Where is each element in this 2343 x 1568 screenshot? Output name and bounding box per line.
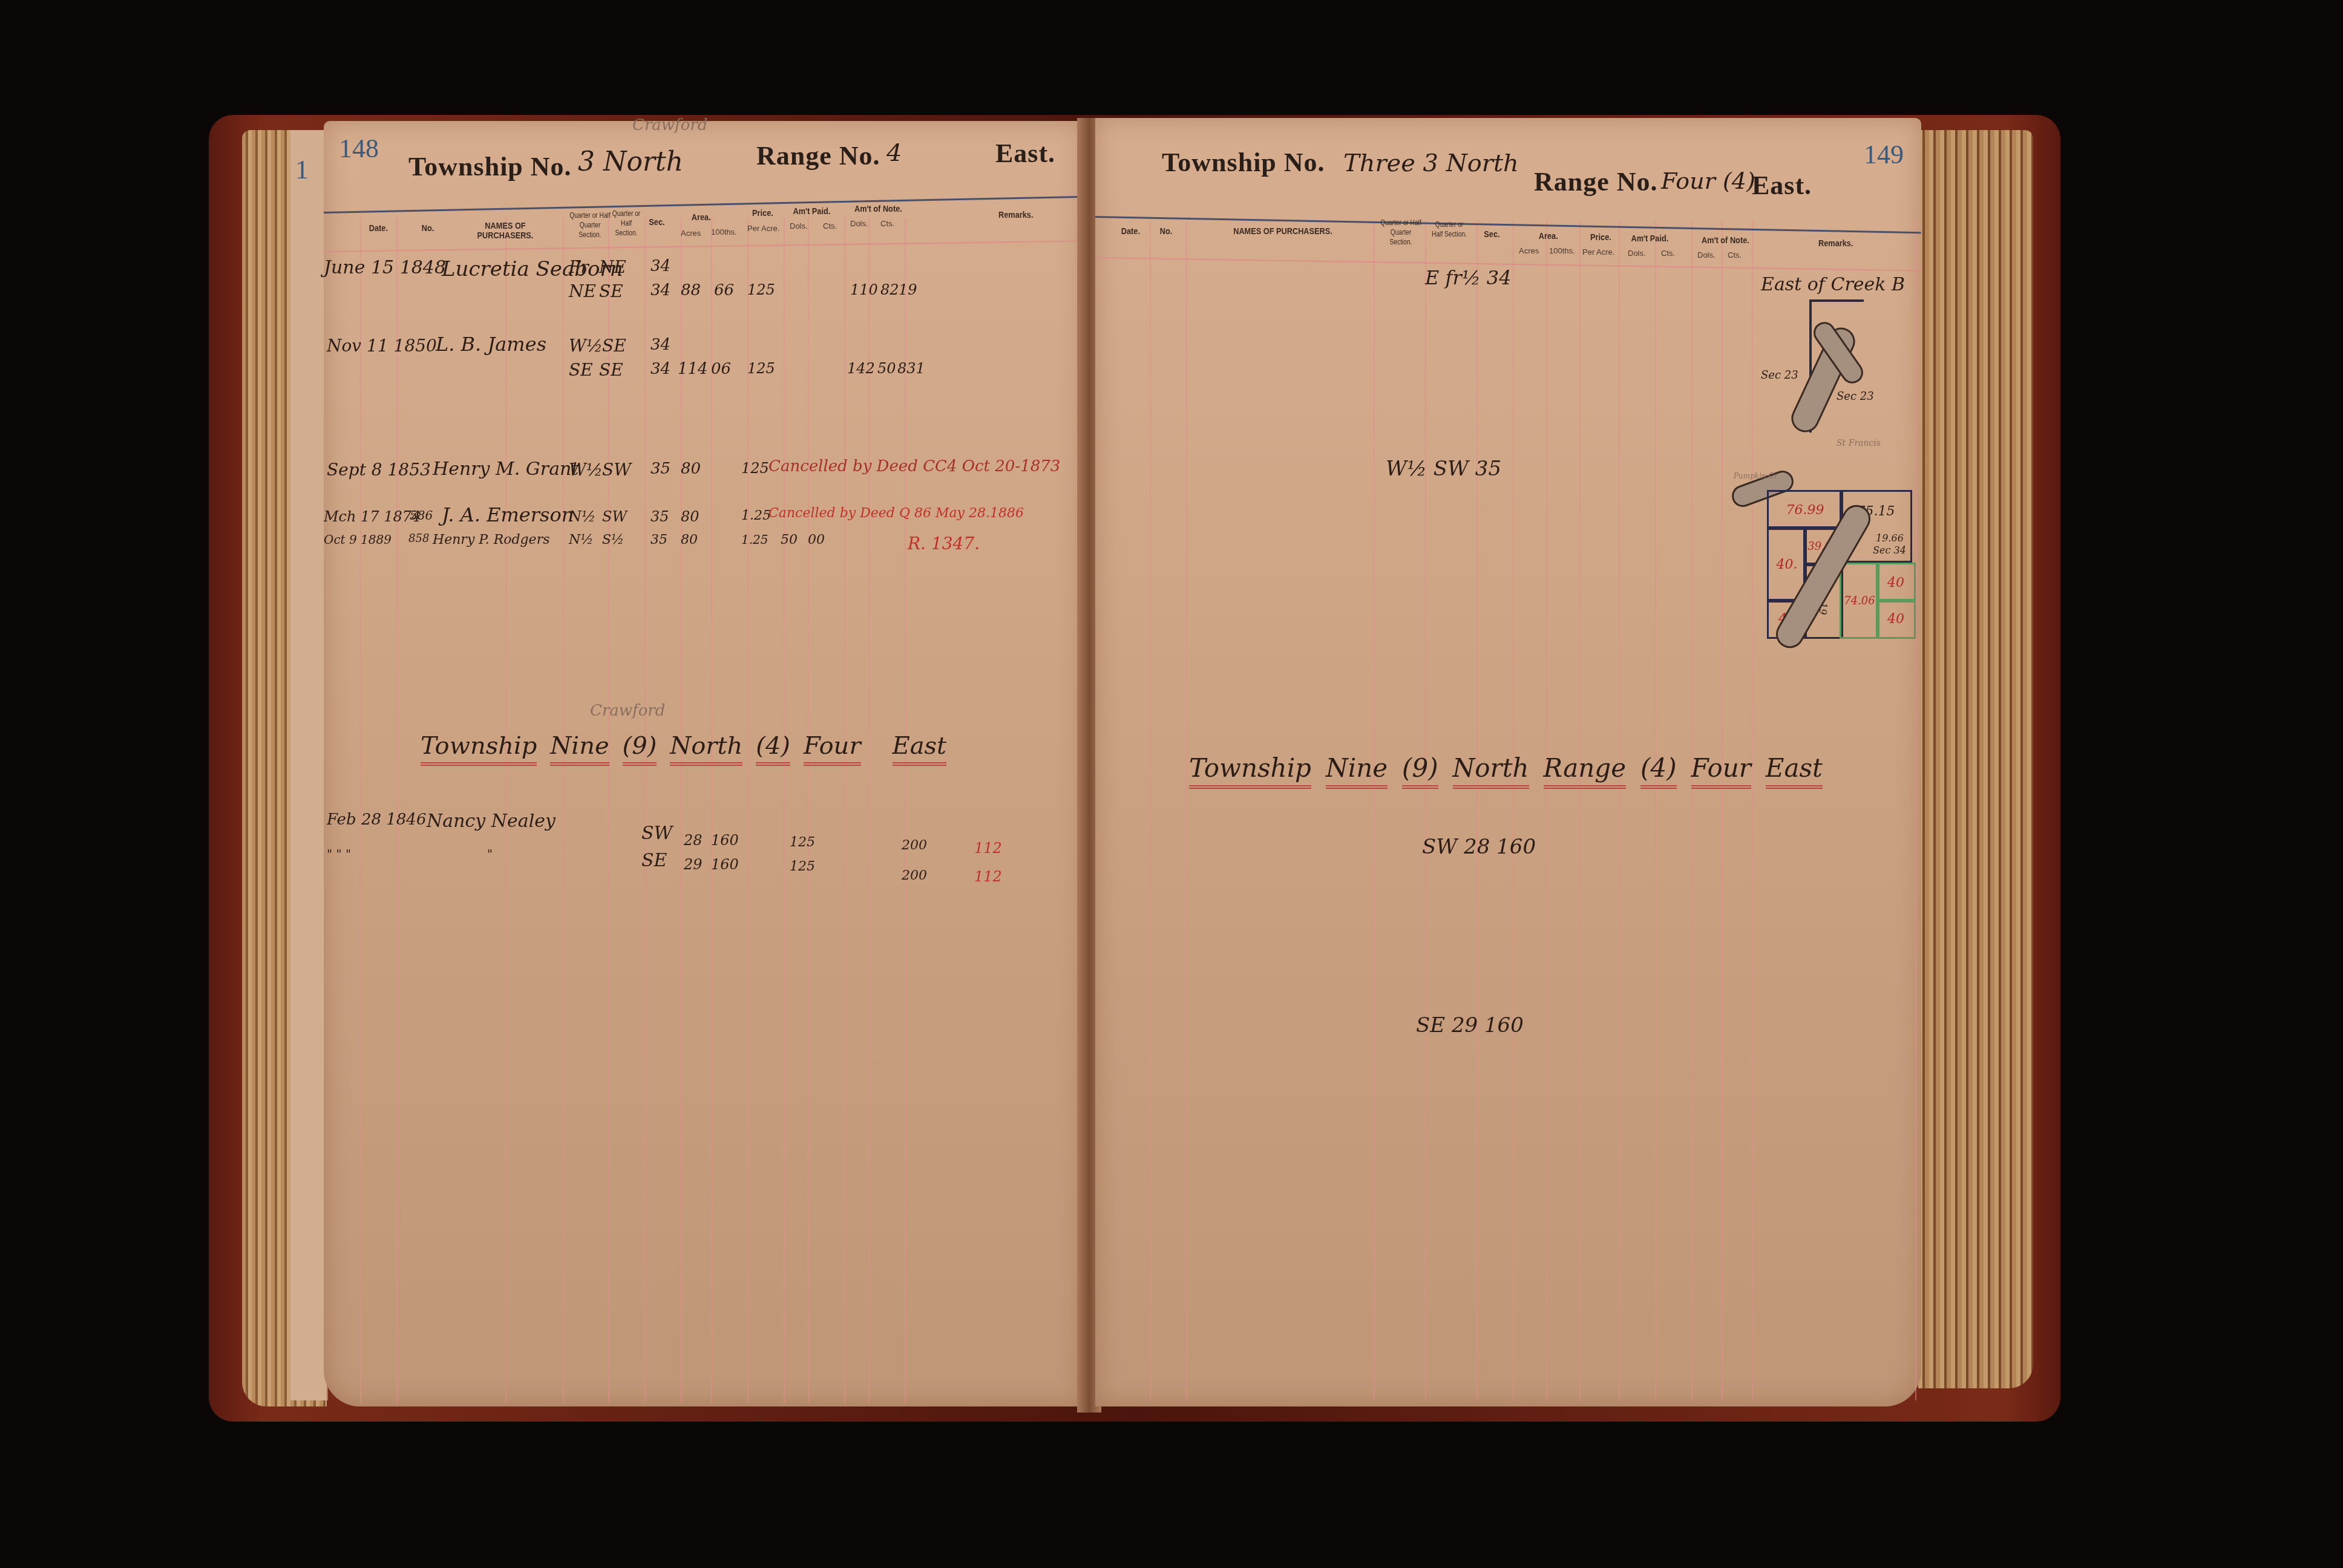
- col-price-per-acre: Per Acre.: [1582, 247, 1614, 256]
- right-page: 149 Township No. Three 3 North Range No.…: [1095, 118, 1921, 1406]
- entry-date: Feb 28 1846: [327, 811, 426, 829]
- entry-acres: 80: [681, 532, 698, 547]
- entry-half: SW: [602, 460, 631, 480]
- entry-sec: 35: [650, 532, 667, 547]
- col-price: Price.: [1590, 233, 1611, 243]
- col-quarter: Quarter or Half Section.: [611, 209, 642, 238]
- entry-paid: 200: [902, 838, 927, 853]
- pencil-note: Crawford: [632, 116, 707, 134]
- entry-price: 125: [790, 859, 815, 874]
- entry-price: 125: [741, 460, 769, 477]
- section-word: East: [893, 732, 947, 766]
- township-value: Three 3 North: [1343, 149, 1519, 177]
- sketch-faint-label: St Francis: [1837, 439, 1881, 448]
- col-no: No.: [422, 224, 434, 234]
- section-word: Township: [1189, 753, 1311, 789]
- col-area-hundredths: 100ths.: [1549, 246, 1575, 255]
- entry-legal-desc: W½ SW 35: [1386, 457, 1501, 481]
- sketch-label: Sec 23: [1837, 390, 1874, 403]
- entry-acres: 88: [681, 281, 701, 299]
- col-price-per-acre: Per Acre.: [747, 224, 779, 233]
- entry-paid-dols: 110: [850, 281, 878, 298]
- page-number: 149: [1864, 139, 1904, 170]
- entry-remarks: Cancelled by Deed CC4 Oct 20-1873: [768, 457, 1060, 475]
- map-cell-value: 74.06: [1844, 595, 1875, 607]
- section-word: Range: [1544, 753, 1626, 789]
- col-paid-cts: Cts.: [823, 221, 837, 230]
- entry-name: Henry M. Grant: [433, 459, 578, 480]
- entry-name: Henry P. Rodgers: [433, 532, 549, 547]
- section-word: (4): [1640, 753, 1677, 789]
- col-area: Area.: [1539, 232, 1558, 241]
- section-title: Township Nine (9) North Range (4) Four E…: [1189, 753, 1823, 789]
- entry-half: SE: [599, 360, 623, 380]
- sketch-faint-label: Pumpkin Cr: [1734, 472, 1777, 480]
- direction-label: East.: [1752, 170, 1812, 201]
- range-label: Range No.: [1534, 166, 1658, 197]
- left-page: 148 Crawford Township No. 3 North Range …: [324, 121, 1083, 1406]
- entry-half: SE: [599, 281, 623, 301]
- entry-note: 831: [897, 360, 925, 377]
- col-sec: Sec.: [1484, 230, 1499, 240]
- page-edges-right: [1918, 130, 2033, 1388]
- sketch-label: Sec 23: [1761, 369, 1798, 382]
- entry-sec: 35: [650, 460, 670, 478]
- map-cell-value: 40.: [1777, 557, 1798, 572]
- entry-paid-dols: 142: [847, 360, 875, 377]
- map-cell: 40: [1876, 599, 1916, 639]
- previous-page-stub: 1: [290, 130, 328, 1400]
- entry-legal-desc: E fr½ 34: [1425, 266, 1512, 289]
- entry-acres: 160: [711, 856, 739, 873]
- entry-quarter: SW: [641, 823, 672, 844]
- entry-legal-desc: SW 28 160: [1422, 835, 1536, 859]
- range-label: Range No.: [756, 140, 880, 171]
- section-title: Township Nine (9) North (4) Four East: [421, 732, 946, 766]
- entry-paid-cts: 00: [808, 532, 825, 547]
- entry-acres: 80: [681, 460, 701, 478]
- section-word: Nine: [550, 732, 609, 766]
- map-cell-value: Sec 34: [1873, 544, 1906, 556]
- col-quarter-half: Quarter or Half Quarter Section.: [569, 211, 611, 240]
- entry-price: 1.25: [741, 508, 771, 523]
- map-cell-value: 19.66: [1876, 532, 1904, 544]
- entry-quarter: SE: [569, 360, 593, 380]
- col-remarks: Remarks.: [998, 211, 1033, 220]
- entry-acres: 114: [678, 360, 708, 378]
- section-word: North: [1453, 753, 1529, 789]
- map-cell-value: 40: [1887, 575, 1904, 590]
- township-label: Township No.: [1162, 147, 1325, 178]
- map-cell: 76.99: [1767, 490, 1843, 530]
- col-paid: Am't Paid.: [793, 207, 830, 217]
- entry-remarks: 112: [974, 868, 1002, 885]
- entry-legal-desc: SE 29 160: [1416, 1013, 1524, 1037]
- section-word: (4): [756, 732, 790, 766]
- section-word: North: [670, 732, 742, 766]
- col-note-dols: Dols.: [850, 219, 868, 228]
- plat-sketch-section-map: Pumpkin Cr 76.99 75.15 40. 39.96 40 50.1…: [1731, 472, 1912, 659]
- col-note: Am't of Note.: [1702, 236, 1749, 246]
- township-label: Township No.: [408, 151, 572, 182]
- col-names: NAMES OF PURCHASERS.: [462, 221, 549, 241]
- entry-name: J. A. Emerson: [442, 503, 574, 526]
- col-note: Am't of Note.: [854, 204, 902, 214]
- entry-paid-cts: 50: [877, 360, 896, 377]
- col-names: NAMES OF PURCHASERS.: [1219, 227, 1348, 237]
- entry-half: SE: [602, 336, 626, 356]
- entry-sec: 34: [650, 257, 670, 275]
- entry-quarter: NE: [569, 281, 596, 301]
- col-area: Area.: [692, 213, 711, 223]
- entry-name: L. B. James: [436, 333, 546, 356]
- section-word: Nine: [1326, 753, 1388, 789]
- stub-page-number: 1: [295, 154, 309, 185]
- section-word: East: [1766, 753, 1823, 789]
- section-word: Township: [421, 732, 537, 766]
- entry-quarter: Fr: [569, 257, 589, 277]
- pencil-note: Crawford: [590, 702, 665, 720]
- col-note-cts: Cts.: [1728, 250, 1742, 260]
- entry-paid-cts: 82: [880, 281, 899, 298]
- col-sec: Sec.: [649, 218, 664, 227]
- entry-date: Mch 17 1874: [324, 508, 421, 525]
- range-value: 4: [886, 139, 902, 167]
- entry-name: ": [487, 847, 493, 861]
- entry-quarter: N½: [569, 532, 594, 547]
- entry-remarks: R. 1347.: [908, 534, 980, 554]
- col-date: Date.: [1121, 227, 1140, 237]
- col-date: Date.: [369, 224, 388, 234]
- column-header-rule: [324, 240, 1083, 252]
- entry-date: Sept 8 1853: [327, 460, 431, 480]
- col-area-hundredths: 100ths.: [711, 227, 737, 237]
- range-value: Four (4): [1661, 168, 1755, 194]
- entry-sec: 34: [650, 281, 670, 299]
- entry-remarks: Cancelled by Deed Q 86 May 28.1886: [768, 506, 1024, 521]
- entry-acres: 160: [711, 832, 739, 849]
- entry-quarter: SE: [641, 850, 667, 871]
- entry-half: SW: [602, 508, 627, 525]
- entry-date: " " ": [327, 847, 351, 861]
- map-cell-value: 76.99: [1786, 503, 1824, 518]
- entry-sec: 28: [684, 832, 703, 849]
- entry-no: 858: [408, 532, 429, 545]
- direction-label: East.: [995, 138, 1055, 169]
- col-remarks: Remarks.: [1818, 239, 1853, 249]
- entry-sec: 35: [650, 508, 669, 525]
- page-number: 148: [339, 133, 379, 164]
- col-area-acres: Acres: [1519, 246, 1539, 255]
- entry-date: Oct 9 1889: [324, 532, 392, 547]
- section-word: Four: [804, 732, 861, 766]
- entry-hundredths: 66: [714, 281, 734, 299]
- col-price: Price.: [752, 209, 773, 218]
- col-note-dols: Dols.: [1697, 250, 1715, 260]
- entry-no: 586: [410, 508, 433, 523]
- entry-paid: 200: [902, 868, 927, 883]
- entry-hundredths: 06: [711, 360, 731, 378]
- col-quarter: Quarter or Half Section.: [1431, 220, 1467, 239]
- entry-date: June 15 1848: [324, 257, 446, 278]
- entry-date: Nov 11 1850: [327, 336, 437, 356]
- entry-paid-dols: 50: [781, 532, 798, 547]
- entry-remarks: 112: [974, 840, 1002, 857]
- entry-quarter: W½: [569, 336, 603, 356]
- entry-name: Nancy Nealey: [427, 811, 555, 832]
- entry-half: NE: [599, 257, 626, 277]
- header-rule: [324, 196, 1083, 214]
- col-area-acres: Acres: [681, 229, 701, 238]
- map-cell-value: 40: [1887, 612, 1904, 627]
- entry-price: 125: [790, 835, 815, 850]
- township-value: 3 North: [578, 146, 683, 177]
- col-no: No.: [1160, 227, 1173, 237]
- entry-sec: 34: [650, 336, 670, 354]
- entry-sec: 34: [650, 360, 670, 378]
- entry-acres: 80: [681, 508, 700, 525]
- entry-note: 19: [899, 281, 917, 298]
- section-word: Four: [1691, 753, 1751, 789]
- plat-sketch-creek: Sec 23 Sec 23 St Francis: [1761, 299, 1882, 451]
- entry-name: Lucretia Seaborn: [442, 257, 623, 281]
- col-paid-cts: Cts.: [1661, 249, 1675, 258]
- map-cell: 74.06: [1840, 563, 1879, 639]
- map-cell: 40: [1876, 563, 1916, 603]
- col-paid: Am't Paid.: [1631, 234, 1668, 244]
- col-quarter-half: Quarter or Half Quarter Section.: [1380, 218, 1421, 247]
- remarks-note: East of Creek B: [1761, 274, 1905, 295]
- entry-price: 125: [747, 281, 775, 298]
- entry-half: S½: [602, 532, 624, 547]
- col-paid-dols: Dols.: [1628, 249, 1646, 258]
- col-note-cts: Cts.: [880, 219, 894, 228]
- entry-price: 125: [747, 360, 775, 377]
- entry-sec: 29: [684, 856, 703, 873]
- col-paid-dols: Dols.: [790, 221, 808, 230]
- section-word: (9): [1402, 753, 1438, 789]
- section-word: (9): [623, 732, 657, 766]
- entry-quarter: W½: [569, 460, 603, 480]
- entry-quarter: N½: [569, 508, 595, 525]
- entry-price: 1.25: [741, 532, 768, 547]
